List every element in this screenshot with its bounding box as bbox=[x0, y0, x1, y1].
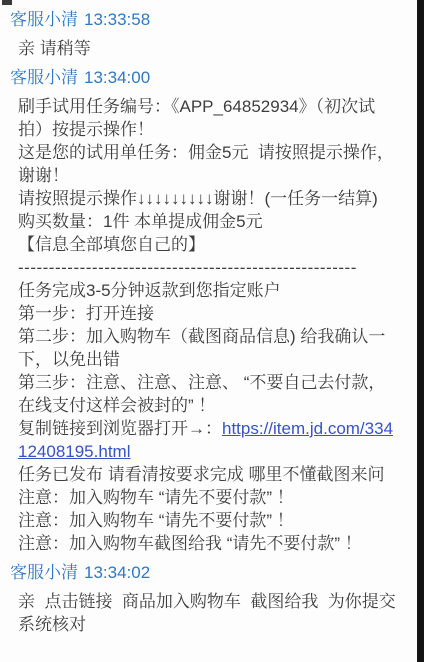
message-line: 购买数量：1件 本单提成佣金5元 bbox=[18, 210, 396, 233]
message-line: 这是您的试用单任务：佣金5元 请按照提示操作，谢谢！ bbox=[18, 141, 396, 187]
chat-log: 客服小清13:33:58 亲 请稍等 客服小清13:34:00 刷手试用任务编号… bbox=[0, 0, 400, 636]
link-prefix: 复制链接到浏览器打开→： bbox=[18, 419, 222, 438]
timestamp: 13:34:00 bbox=[84, 68, 150, 87]
message-line: 注意：加入购物车截图给我 “请先不要付款” ！ bbox=[18, 532, 396, 555]
message-body: 刷手试用任务编号：《APP_64852934》（初次试拍）按提示操作！ 这是您的… bbox=[10, 95, 400, 555]
message-line: 请按照提示操作↓↓↓↓↓↓↓↓↓谢谢！(一任务一结算) bbox=[18, 187, 396, 210]
message: 客服小清13:34:00 刷手试用任务编号：《APP_64852934》（初次试… bbox=[10, 67, 400, 555]
message-header: 客服小清13:33:58 bbox=[10, 9, 400, 31]
message-line: 任务完成3-5分钟返款到您指定账户 bbox=[18, 279, 396, 302]
message-line: 【信息全部填您自己的】 bbox=[18, 233, 396, 256]
sender-name: 客服小清 bbox=[10, 68, 78, 87]
message-header: 客服小清13:34:02 bbox=[10, 562, 400, 584]
sender-name: 客服小清 bbox=[10, 563, 78, 582]
message-body: 亲 点击链接 商品加入购物车 截图给我 为你提交系统核对 bbox=[10, 590, 400, 636]
message-body: 亲 请稍等 bbox=[10, 37, 400, 60]
right-edge-bar bbox=[417, 0, 424, 662]
timestamp: 13:33:58 bbox=[84, 10, 150, 29]
message-line: 第三步：注意、注意、注意、 “不要自己去付款，在线支付这样会被封的” ！ bbox=[18, 371, 396, 417]
message-header: 客服小清13:34:00 bbox=[10, 67, 400, 89]
message-line: 第二步：加入购物车（截图商品信息) 给我确认一下，以免出错 bbox=[18, 325, 396, 371]
message-line: 亲 点击链接 商品加入购物车 截图给我 为你提交系统核对 bbox=[18, 590, 396, 636]
message-line: 刷手试用任务编号：《APP_64852934》（初次试拍）按提示操作！ bbox=[18, 95, 396, 141]
sender-name: 客服小清 bbox=[10, 10, 78, 29]
timestamp: 13:34:02 bbox=[84, 563, 150, 582]
message-line: 任务已发布 请看清按要求完成 哪里不懂截图来问 bbox=[18, 463, 396, 486]
message: 客服小清13:33:58 亲 请稍等 bbox=[10, 9, 400, 60]
separator-line: ----------------------------------------… bbox=[18, 256, 396, 279]
message-line-with-link: 复制链接到浏览器打开→：https://item.jd.com/33412408… bbox=[18, 417, 396, 463]
message-line: 注意：加入购物车 “请先不要付款” ！ bbox=[18, 486, 396, 509]
message-line: 亲 请稍等 bbox=[18, 37, 396, 60]
message-line: 注意：加入购物车 “请先不要付款” ！ bbox=[18, 509, 396, 532]
message: 客服小清13:34:02 亲 点击链接 商品加入购物车 截图给我 为你提交系统核… bbox=[10, 562, 400, 636]
message-line: 第一步：打开连接 bbox=[18, 302, 396, 325]
